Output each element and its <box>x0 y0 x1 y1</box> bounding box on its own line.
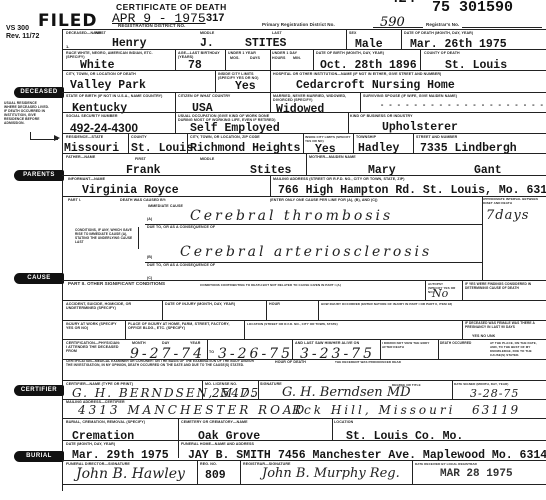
view-body-label: I DID/DID NOT VIEW THE BODY AFTER DEATH <box>382 341 432 349</box>
middle-label: MIDDLE <box>200 31 214 35</box>
interval-label: APPROXIMATE INTERVAL BETWEEN ONSET AND D… <box>482 197 544 205</box>
certifier-address-street: 4313 MANCHESTER ROAD <box>78 403 307 417</box>
last-label: LAST <box>272 31 282 35</box>
death-occurred-label: DEATH OCCURRED <box>440 341 471 345</box>
reg-district-label: Registration District No. <box>118 24 185 28</box>
burial-location-label: LOCATION <box>334 420 353 424</box>
county-label: COUNTY OF DEATH <box>424 51 460 55</box>
top-partial-number: 424 <box>390 0 415 7</box>
pronounced-label: THE DECEDENT WAS PRONOUNCED DEAD <box>335 360 401 364</box>
last-saw-label: AND LAST SAW HIM/HER ALIVE ON <box>295 341 359 345</box>
date-received-stamp: MAR 28 1975 <box>440 468 513 480</box>
dob-label: DATE OF BIRTH (MONTH, DAY, YEAR) <box>316 51 386 55</box>
section-label-cause: CAUSE <box>14 273 64 284</box>
burial-location: St. Louis Co. Mo. <box>346 430 463 443</box>
section-label-deceased: DECEASED <box>14 87 64 98</box>
pregnancy-options: YES NO UNK <box>472 334 495 338</box>
section-label-burial: BURIAL <box>14 451 64 462</box>
business-label: KIND OF BUSINESS OR INDUSTRY <box>350 114 413 118</box>
accident-label: ACCIDENT, SUICIDE, HOMICIDE, OR UNDETERM… <box>66 302 161 310</box>
immediate-cause-label: IMMEDIATE CAUSE <box>148 204 183 208</box>
date-of-death-label: DATE OF DEATH (MONTH, DAY, YEAR) <box>404 31 473 35</box>
ssn-label: SOCIAL SECURITY NUMBER <box>66 114 118 118</box>
part-2-desc: CONDITIONS CONTRIBUTING TO DEATH BUT NOT… <box>200 283 341 287</box>
min-label: MIN. <box>293 56 301 60</box>
disposition-label: BURIAL, CREMATION, REMOVAL (SPECIFY) <box>66 420 166 424</box>
funeral-director-reg-no: 809 <box>205 469 226 482</box>
inside-city-label: INSIDE CITY LIMITS (SPECIFY YES OR NO) <box>218 72 268 80</box>
father-first-label: FIRST <box>135 157 146 161</box>
mos-label: MOS. <box>230 56 240 60</box>
degree-label: DEGREE OR TITLE <box>392 383 421 387</box>
spouse-label: SURVIVING SPOUSE (IF WIFE, GIVE MAIDEN N… <box>363 94 457 98</box>
certifier-zip: 63119 <box>472 403 520 417</box>
enter-one-cause-label: (ENTER ONLY ONE CAUSE PER LINE FOR (a), … <box>270 198 378 202</box>
registrar-no-label: Registrar's No. <box>426 23 459 27</box>
under-1-day-label: UNDER 1 DAY <box>272 51 297 55</box>
certifier-address-city: Rck Hill, Missouri <box>292 403 455 417</box>
informant-label: INFORMANT—NAME <box>68 177 105 181</box>
occupation-label: USUAL OCCUPATION (GIVE KIND OF WORK DONE… <box>178 114 283 122</box>
how-injury-label: HOW INJURY OCCURRED (ENTER NATURE OF INJ… <box>321 302 452 306</box>
form-rev: Rev. 11/72 <box>6 33 39 40</box>
hours-label: HOURS <box>272 56 285 60</box>
hospital-name: Cedarcroft Nursing Home <box>296 79 455 92</box>
license-number: 25475 <box>212 386 260 400</box>
reg-district-no: 317 <box>206 12 224 24</box>
certificate-number: 75 301590 <box>432 0 513 16</box>
cause-b: Cerebral arteriosclerosis <box>180 244 432 260</box>
cert-physician-label: CERTIFICATION—PHYSICIAN: I ATTENDED THE … <box>66 341 121 353</box>
caused-by-label: DEATH WAS CAUSED BY: <box>120 198 166 202</box>
cause-a-label: (a) <box>147 217 152 221</box>
certifier-signature: G. H. Berndsen MD <box>282 385 411 400</box>
state-birth-label: STATE OF BIRTH (IF NOT IN U.S.A., NAME C… <box>66 94 174 98</box>
part-1-label: PART I. <box>68 198 81 202</box>
hour-of-death-label: HOUR OF DEATH <box>275 360 306 364</box>
pregnancy-label: IF DECEASED WAS FEMALE WAS THERE A PREGN… <box>465 321 545 329</box>
date-signed-label: DATE SIGNED (MONTH, DAY, YEAR) <box>454 382 508 386</box>
section-label-parents: PARENTS <box>14 170 64 181</box>
usual-residence-note: USUAL RESIDENCE WHERE DECEASED LIVED. IF… <box>4 101 50 125</box>
medical-examiner-label: CERTIFICATION—MEDICAL EXAMINER OR CORONE… <box>66 360 256 368</box>
findings-label: IF YES WERE FINDINGS CONSIDERED IN DETER… <box>465 282 545 290</box>
first-label: FIRST <box>95 31 106 35</box>
death-occurred-desc: AT THE PLACE, ON THE DATE, AND, TO THE B… <box>490 341 545 357</box>
part-2-label: PART II. OTHER SIGNIFICANT CONDITIONS <box>68 282 165 286</box>
citizen-label: CITIZEN OF WHAT COUNTRY <box>178 94 230 98</box>
burial-date-label: DATE (MONTH, DAY, YEAR) <box>66 442 115 446</box>
month-label: MONTH <box>132 341 146 345</box>
street-label: STREET AND NUMBER <box>416 135 457 139</box>
father-middle-label: MIDDLE <box>200 157 214 161</box>
father-label: FATHER—NAME <box>66 155 95 159</box>
arrow-icon <box>54 135 60 141</box>
to-label: TO <box>209 350 214 354</box>
days-label: DAYS <box>250 56 260 60</box>
city-of-death: Valley Park <box>70 79 146 92</box>
injury-at-work-label: INJURY AT WORK (SPECIFY YES OR NO) <box>66 322 124 330</box>
residence-state-label: RESIDENCE—STATE <box>66 135 103 139</box>
primary-reg-label: Primary Registration District No. <box>262 23 335 27</box>
under-1-year-label: UNDER 1 YEAR <box>228 51 256 55</box>
race-label: RACE WHITE, NEGRO, AMERICAN INDIAN, ETC.… <box>66 51 171 59</box>
residence-inside-label: INSIDE CITY LIMITS (SPECIFY YES OR NO) <box>305 135 353 143</box>
form-id: VS 300 <box>6 25 29 32</box>
autopsy-value: No <box>432 287 448 300</box>
due-to-label-2: DUE TO, OR AS A CONSEQUENCE OF <box>147 263 215 267</box>
mailing-address-label: MAILING ADDRESS (STREET OR R.F.D. NO., C… <box>273 177 405 181</box>
due-to-label-1: DUE TO, OR AS A CONSEQUENCE OF <box>147 225 215 229</box>
cause-a: Cerebral thrombosis <box>190 208 393 224</box>
place-of-injury-label: PLACE OF INJURY AT HOME, FARM, STREET, F… <box>128 322 243 330</box>
city-label: CITY, TOWN, OR LOCATION OF DEATH <box>66 72 136 76</box>
mother-label: MOTHER—MAIDEN NAME <box>309 155 356 159</box>
marital-status: Widowed <box>276 103 324 116</box>
day-label: DAY <box>162 341 170 345</box>
section-label-certifier: CERTIFIER <box>14 385 64 396</box>
funeral-home-label: FUNERAL HOME—NAME AND ADDRESS <box>181 442 254 446</box>
residence-county-label: COUNTY <box>131 135 147 139</box>
filed-stamp: FILED <box>38 11 98 31</box>
signature-label: SIGNATURE <box>260 382 282 386</box>
cemetery-label: CEMETERY OR CREMATORY—NAME <box>181 420 248 424</box>
injury-hour-label: HOUR <box>269 302 280 306</box>
registrar-signature: John B. Murphy Reg. <box>262 466 400 481</box>
sex-label: SEX <box>349 31 357 35</box>
reg-no-label: REG. NO. <box>200 462 217 466</box>
age-label: AGE—LAST BIRTHDAY (YEARS) <box>178 51 223 59</box>
funeral-director-signature: John B. Hawley <box>76 466 185 482</box>
township-label: TOWNSHIP <box>356 135 376 139</box>
cause-b-label: (b) <box>147 255 152 259</box>
residence-city-label: CITY, TOWN, OR LOCATION, ZIP CODE <box>190 135 260 139</box>
date-received-label: DATE RECEIVED BY LOCAL REGISTRAR <box>415 462 477 466</box>
hospital-label: HOSPITAL OR OTHER INSTITUTION—NAME (IF N… <box>273 72 441 76</box>
injury-location-label: LOCATION (STREET OR R.F.D. NO., CITY OR … <box>247 322 338 326</box>
year-label: YEAR <box>190 341 200 345</box>
surviving-spouse: - - - - - - - - - - - - - - - - - - - - … <box>380 102 546 110</box>
conditions-label: CONDITIONS, IF ANY, WHICH GAVE RISE TO I… <box>75 228 133 244</box>
injury-date-label: DATE OF INJURY (MONTH, DAY, YEAR) <box>165 302 235 306</box>
marital-label: MARRIED, NEVER MARRIED, WIDOWED, DIVORCE… <box>273 94 353 102</box>
cause-a-interval: 7days <box>486 208 529 223</box>
